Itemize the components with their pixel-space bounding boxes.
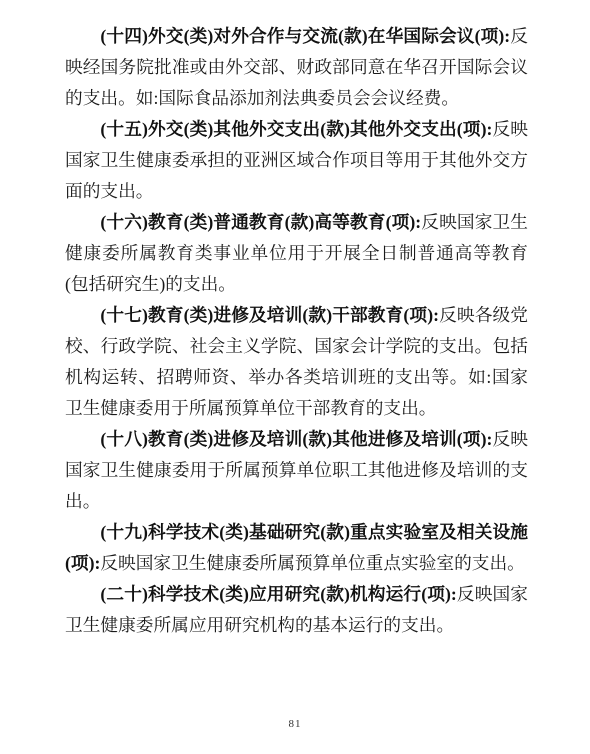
paragraph: (十八)教育(类)进修及培训(款)其他进修及培训(项):反映国家卫生健康委用于所… xyxy=(65,424,528,517)
paragraph: (二十)科学技术(类)应用研究(款)机构运行(项):反映国家卫生健康委所属应用研… xyxy=(65,579,528,641)
paragraph: (十九)科学技术(类)基础研究(款)重点实验室及相关设施(项):反映国家卫生健康… xyxy=(65,517,528,579)
document-page: (十四)外交(类)对外合作与交流(款)在华国际会议(项):反映经国务院批准或由外… xyxy=(0,0,590,754)
paragraph: (十七)教育(类)进修及培训(款)干部教育(项):反映各级党校、行政学院、社会主… xyxy=(65,300,528,424)
page-number: 81 xyxy=(0,718,590,730)
paragraph: (十五)外交(类)其他外交支出(款)其他外交支出(项):反映国家卫生健康委承担的… xyxy=(65,114,528,207)
paragraph-heading: (十六)教育(类)普通教育(款)高等教育(项): xyxy=(100,212,421,232)
paragraph-body: 反映国家卫生健康委所属预算单位重点实验室的支出。 xyxy=(100,553,525,573)
document-body: (十四)外交(类)对外合作与交流(款)在华国际会议(项):反映经国务院批准或由外… xyxy=(65,21,528,641)
paragraph-heading: (十七)教育(类)进修及培训(款)干部教育(项): xyxy=(100,305,439,325)
paragraph-heading: (十四)外交(类)对外合作与交流(款)在华国际会议(项): xyxy=(100,26,510,46)
paragraph: (十四)外交(类)对外合作与交流(款)在华国际会议(项):反映经国务院批准或由外… xyxy=(65,21,528,114)
paragraph-heading: (十八)教育(类)进修及培训(款)其他进修及培训(项): xyxy=(100,429,492,449)
paragraph: (十六)教育(类)普通教育(款)高等教育(项):反映国家卫生健康委所属教育类事业… xyxy=(65,207,528,300)
paragraph-heading: (十五)外交(类)其他外交支出(款)其他外交支出(项): xyxy=(100,119,492,139)
paragraph-heading: (二十)科学技术(类)应用研究(款)机构运行(项): xyxy=(100,584,456,604)
